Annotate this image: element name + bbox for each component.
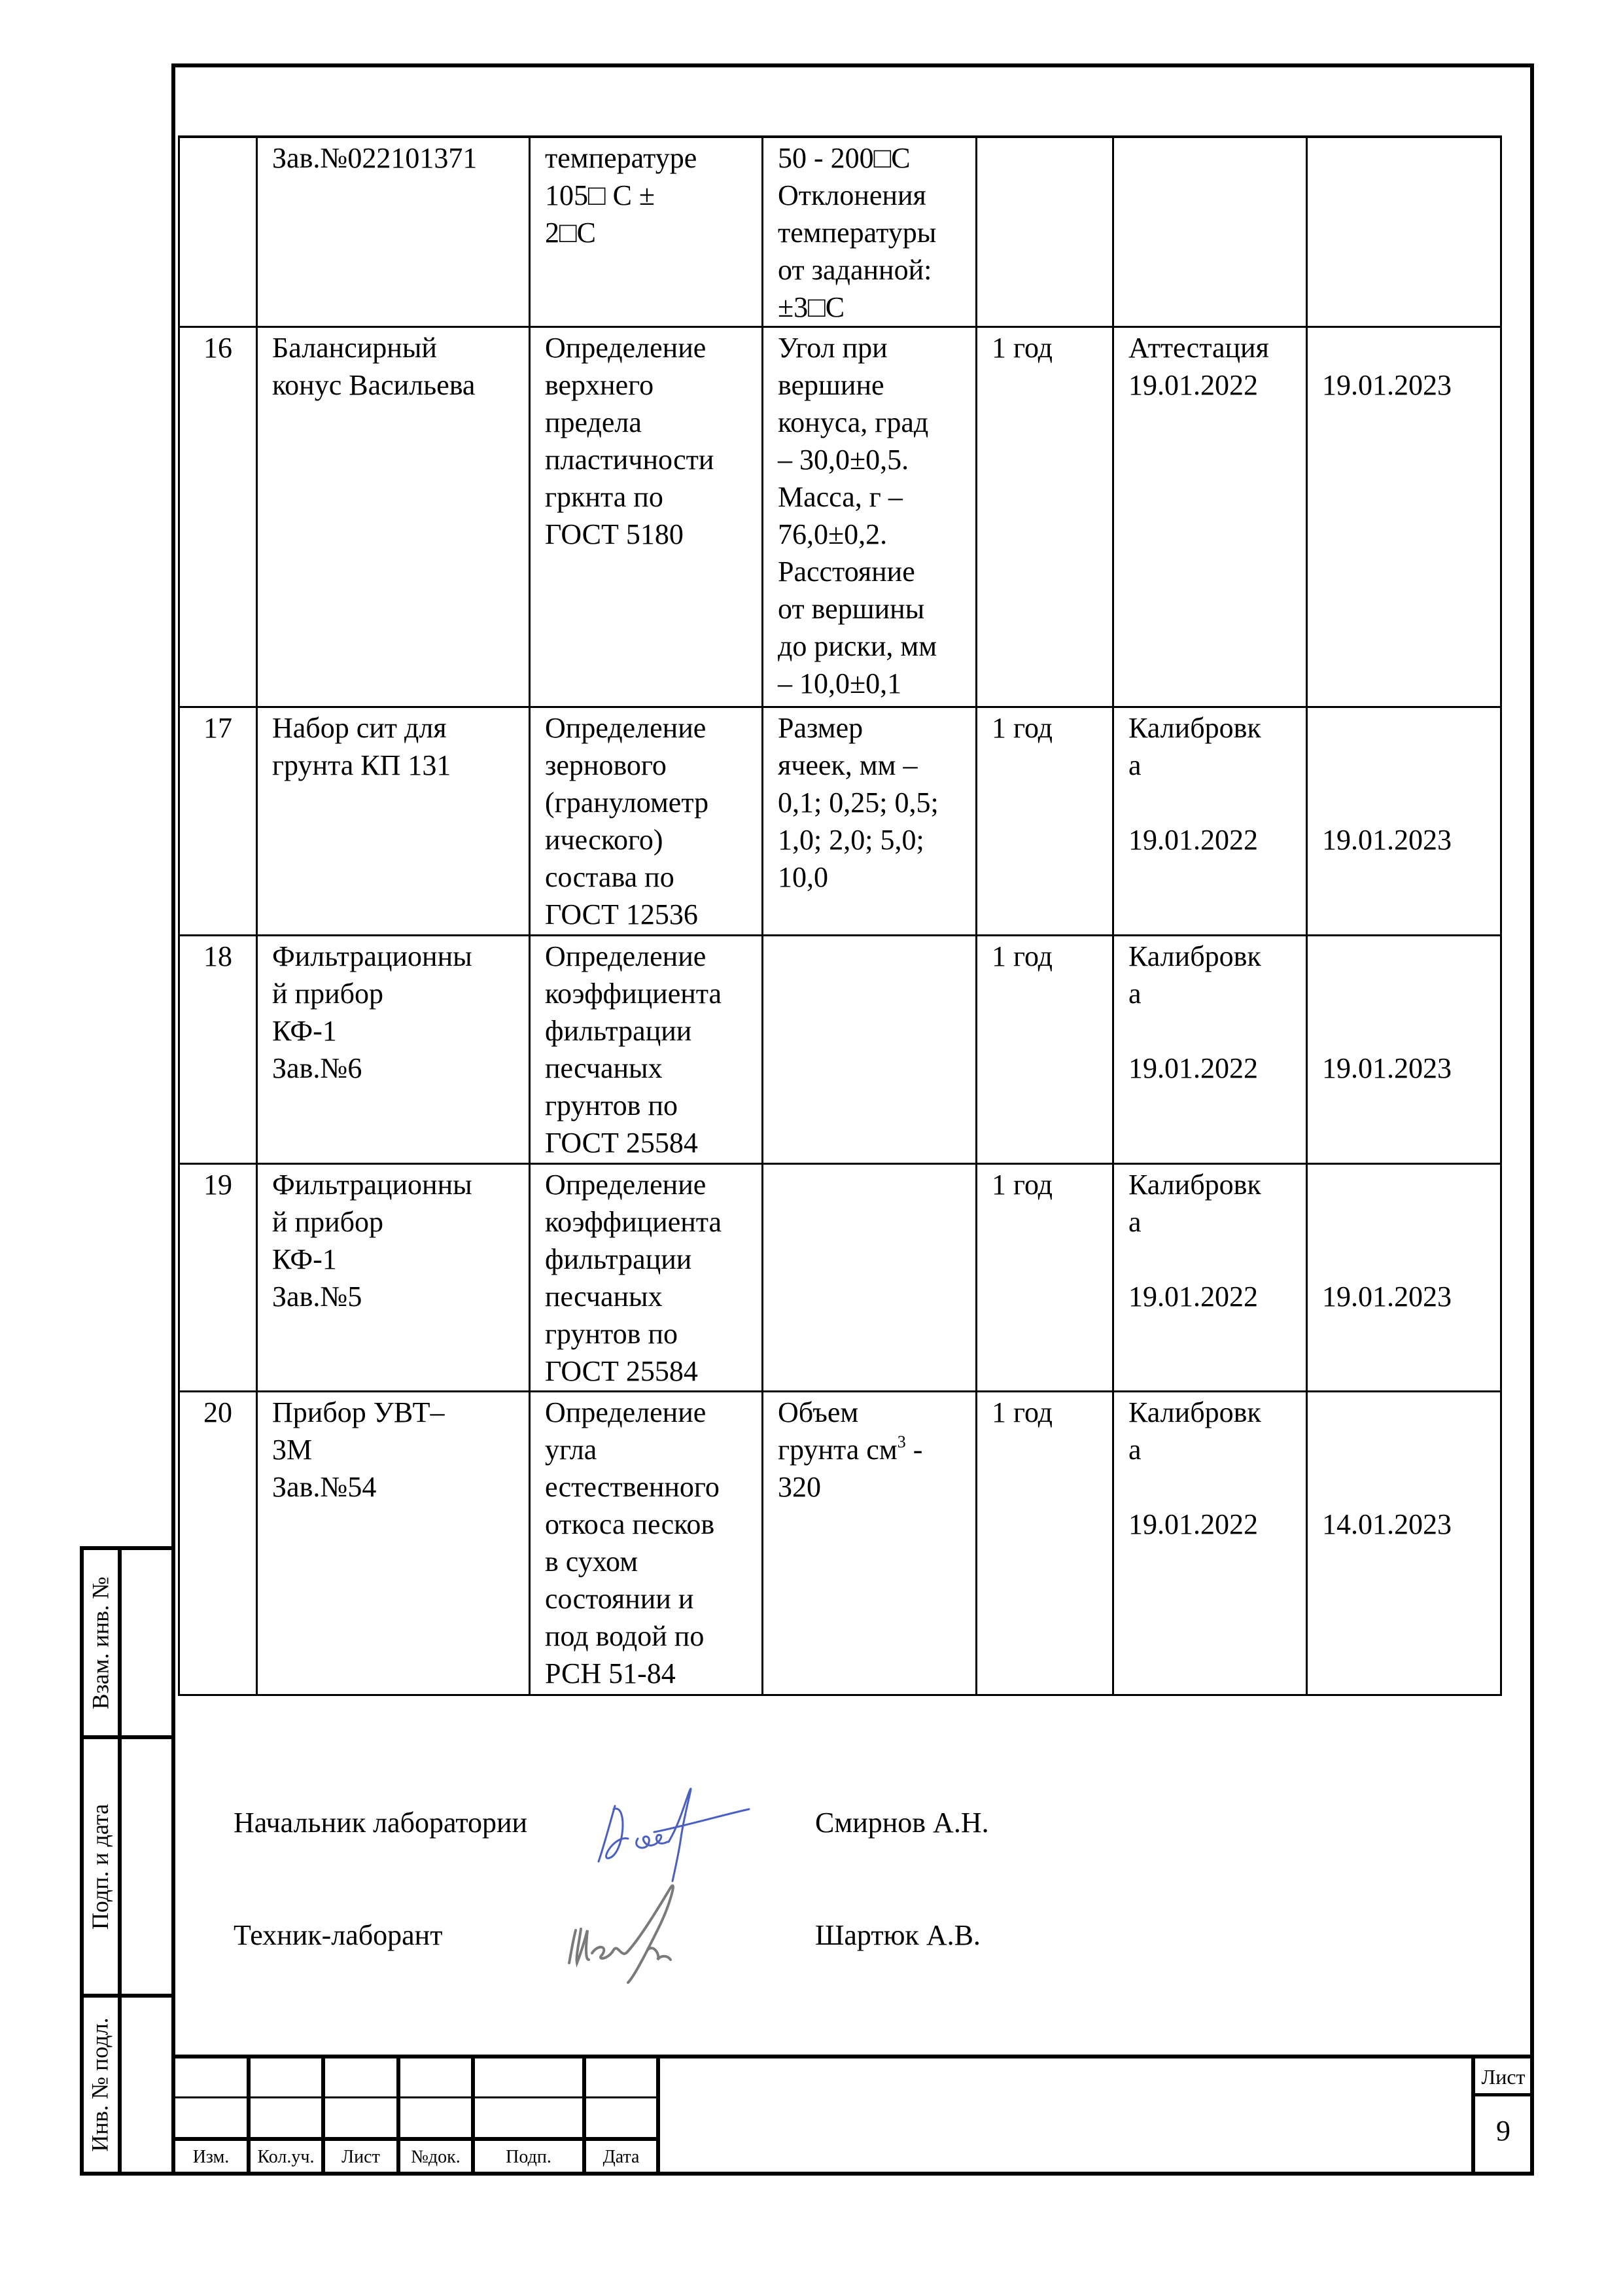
cell-equipment-name: Балансирный конус Васильева — [257, 327, 530, 707]
stamp-label-date: Дата — [586, 2141, 656, 2174]
cell-specifications: Угол при вершине конуса, град – 30,0±0,5… — [763, 327, 977, 707]
cell-next-check-date — [1307, 137, 1501, 327]
cell-specifications: 50 - 200□С Отклонения температуры от зад… — [763, 137, 977, 327]
cell-specifications — [763, 936, 977, 1164]
cell-row-number — [179, 137, 257, 327]
cell-check-period: 1 год — [977, 707, 1113, 936]
table-row: 16Балансирный конус ВасильеваОпределение… — [179, 327, 1501, 707]
cell-check-type-date: Калибровк а 19.01.2022 — [1113, 707, 1307, 936]
stamp-top-line — [171, 2055, 1534, 2058]
table-row: 19Фильтрационны й прибор КФ-1 Зав.№5Опре… — [179, 1164, 1501, 1392]
cell-specifications: Объем грунта см3 - 320 — [763, 1392, 977, 1695]
cell-check-period: 1 год — [977, 327, 1113, 707]
signature-head-icon — [589, 1776, 772, 1891]
cell-equipment-name: Фильтрационны й прибор КФ-1 Зав.№6 — [257, 936, 530, 1164]
table-row: 18Фильтрационны й прибор КФ-1 Зав.№6Опре… — [179, 936, 1501, 1164]
signature-role-technician: Техник-лаборант — [234, 1918, 442, 1952]
cell-next-check-date: 14.01.2023 — [1307, 1392, 1501, 1695]
side-label-replacement-inv: Взам. инв. № — [82, 1550, 118, 1735]
cell-equipment-name: Набор сит для грунта КП 131 — [257, 707, 530, 936]
cell-equipment-name: Фильтрационны й прибор КФ-1 Зав.№5 — [257, 1164, 530, 1392]
sheet-number: 9 — [1475, 2098, 1531, 2170]
table-row: 17Набор сит для грунта КП 131Определение… — [179, 707, 1501, 936]
superscript: 3 — [898, 1432, 906, 1451]
stamp-label-doc-no: №док. — [400, 2141, 471, 2174]
cell-equipment-name: Прибор УВТ– 3М Зав.№54 — [257, 1392, 530, 1695]
table-row: 20Прибор УВТ– 3М Зав.№54Определение угла… — [179, 1392, 1501, 1695]
stamp-label-sheet: Лист — [325, 2141, 396, 2174]
signature-technician-icon — [563, 1878, 733, 1996]
cell-check-period: 1 год — [977, 1164, 1113, 1392]
cell-check-type-date: Калибровк а 19.01.2022 — [1113, 936, 1307, 1164]
sheet-label: Лист — [1475, 2058, 1531, 2093]
cell-check-type-date: Калибровк а 19.01.2022 — [1113, 1392, 1307, 1695]
cell-purpose: Определение зернового (гранулометр ическ… — [530, 707, 763, 936]
cell-check-period: 1 год — [977, 936, 1113, 1164]
side-label-original-inv: Инв. № подл. — [82, 1998, 118, 2172]
cell-row-number: 18 — [179, 936, 257, 1164]
signature-name-head: Смирнов А.Н. — [815, 1806, 989, 1839]
cell-equipment-name: Зав.№022101371 — [257, 137, 530, 327]
cell-purpose: Определение коэффициента фильтрации песч… — [530, 1164, 763, 1392]
cell-purpose: температуре 105□ С ± 2□С — [530, 137, 763, 327]
stamp-sheet-row-line — [1471, 2093, 1534, 2096]
cell-purpose: Определение коэффициента фильтрации песч… — [530, 936, 763, 1164]
cell-specifications — [763, 1164, 977, 1392]
cell-purpose: Определение верхнего предела пластичност… — [530, 327, 763, 707]
cell-check-type-date: Аттестация 19.01.2022 — [1113, 327, 1307, 707]
cell-row-number: 20 — [179, 1392, 257, 1695]
cell-purpose: Определение угла естественного откоса пе… — [530, 1392, 763, 1695]
stamp-label-change: Изм. — [175, 2141, 247, 2174]
cell-check-period — [977, 137, 1113, 327]
cell-check-period: 1 год — [977, 1392, 1113, 1695]
signature-role-head: Начальник лаборатории — [234, 1806, 527, 1839]
stamp-label-signature: Подп. — [475, 2141, 582, 2174]
cell-row-number: 16 — [179, 327, 257, 707]
cell-next-check-date: 19.01.2023 — [1307, 707, 1501, 936]
stamp-label-count: Кол.уч. — [251, 2141, 321, 2174]
cell-row-number: 17 — [179, 707, 257, 936]
side-label-signature-date: Подп. и дата — [82, 1739, 118, 1994]
cell-next-check-date: 19.01.2023 — [1307, 936, 1501, 1164]
cell-specifications: Размер ячеек, мм – 0,1; 0,25; 0,5; 1,0; … — [763, 707, 977, 936]
cell-check-type-date — [1113, 137, 1307, 327]
stamp-col-divider — [656, 2055, 660, 2176]
equipment-table: Зав.№022101371температуре 105□ С ± 2□С50… — [178, 135, 1502, 1696]
table-row: Зав.№022101371температуре 105□ С ± 2□С50… — [179, 137, 1501, 327]
signature-name-technician: Шартюк А.В. — [815, 1918, 981, 1952]
cell-next-check-date: 19.01.2023 — [1307, 327, 1501, 707]
cell-row-number: 19 — [179, 1164, 257, 1392]
cell-next-check-date: 19.01.2023 — [1307, 1164, 1501, 1392]
cell-check-type-date: Калибровк а 19.01.2022 — [1113, 1164, 1307, 1392]
